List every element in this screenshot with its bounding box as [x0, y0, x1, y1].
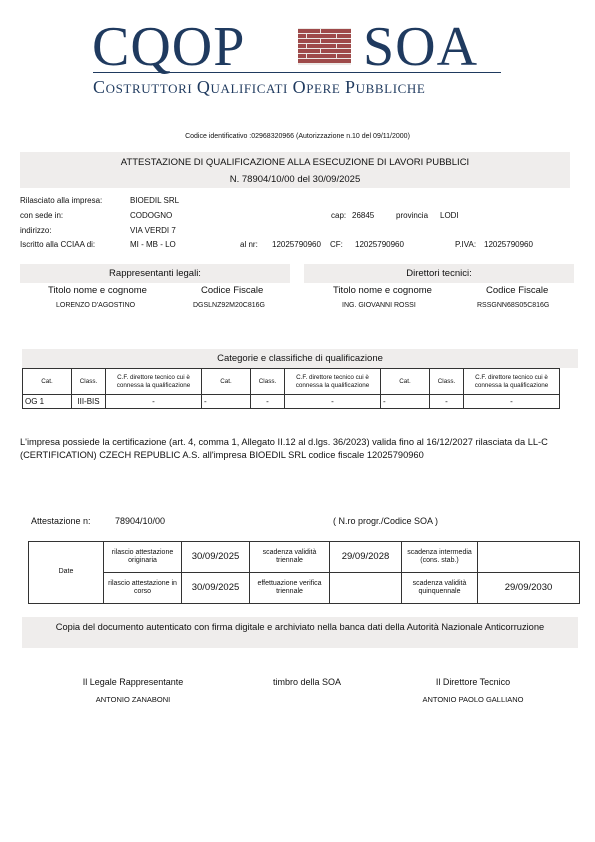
identification-code: Codice identificativo :02968320966 (Auto… [0, 133, 595, 140]
cf-label: CF: [330, 240, 343, 249]
col-class: Class. [72, 369, 106, 395]
legal-rep-signature-name: ANTONIO ZANABONI [43, 695, 223, 704]
original-release-label: rilascio attestazione originaria [104, 542, 182, 573]
legal-rep-name: LORENZO D'AGOSTINO [56, 302, 135, 309]
piva-label: P.IVA: [455, 240, 476, 249]
nr-label: al nr: [240, 240, 258, 249]
director-signature-name: ANTONIO PAOLO GALLIANO [383, 695, 563, 704]
legal-reps-col-cf: Codice Fiscale [201, 285, 263, 296]
col-cat: Cat. [23, 369, 72, 395]
current-release-date: 30/09/2025 [182, 573, 250, 604]
tech-director-cf: RSSGNN68S05C816G [477, 302, 549, 309]
triennial-check-label: effettuazione verifica triennale [250, 573, 330, 604]
issued-to-label: Rilasciato alla impresa: [20, 196, 102, 205]
logo-divider [93, 72, 501, 73]
cell-class: III-BIS [72, 395, 106, 409]
legal-reps-heading: Rappresentanti legali: [20, 264, 290, 283]
attestation-label: Attestazione n: [31, 516, 91, 526]
logo-subtitle: COSTRUTTORI QUALIFICATI OPERE PUBBLICHE [93, 77, 501, 98]
attestation-note: ( N.ro progr./Codice SOA ) [333, 516, 438, 526]
cciaa-label: Iscritto alla CCIAA di: [20, 240, 95, 249]
director-signature-title: Il Direttore Tecnico [383, 677, 563, 687]
company-name: BIOEDIL SRL [130, 196, 179, 205]
logo-text-cqop: CQOP [92, 18, 245, 76]
categories-heading: Categorie e classifiche di qualificazion… [22, 349, 578, 368]
cell-cat: - [381, 395, 430, 409]
attestation-number: 78904/10/00 [115, 516, 165, 526]
tech-director-name: ING. GIOVANNI ROSSI [342, 302, 416, 309]
address-label: indirizzo: [20, 226, 52, 235]
cell-cf-director: - [464, 395, 560, 409]
company-city: CODOGNO [130, 211, 172, 220]
tech-directors-col-name: Titolo nome e cognome [333, 285, 432, 296]
original-release-date: 30/09/2025 [182, 542, 250, 573]
certification-text: L'impresa possiede la certificazione (ar… [20, 436, 580, 462]
legal-rep-cf: DGSLNZ92M20C816G [193, 302, 265, 309]
piva-value: 12025790960 [484, 240, 533, 249]
col-cf-director: C.F. direttore tecnico cui è connessa la… [464, 369, 560, 395]
dates-label: Date [29, 542, 104, 604]
col-class: Class. [430, 369, 464, 395]
dates-row-2: rilascio attestazione in corso 30/09/202… [29, 573, 580, 604]
five-year-expiry-label: scadenza validità quinquennale [402, 573, 478, 604]
table-row: OG 1 III-BIS - - - - - - - [23, 395, 560, 409]
intermediate-expiry-label: scadenza intermedia (cons. stab.) [402, 542, 478, 573]
col-cf-director: C.F. direttore tecnico cui è connessa la… [106, 369, 202, 395]
seat-label: con sede in: [20, 211, 63, 220]
dates-table: Date rilascio attestazione originaria 30… [28, 541, 580, 604]
intermediate-expiry-date [478, 542, 580, 573]
authentication-note: Copia del documento autenticato con firm… [22, 622, 578, 632]
province-value: LODI [440, 211, 459, 220]
col-class: Class. [251, 369, 285, 395]
cell-cf-director: - [285, 395, 381, 409]
brick-wall-icon [298, 28, 351, 65]
soa-stamp-label: timbro della SOA [217, 677, 397, 687]
province-label: provincia [396, 211, 428, 220]
categories-header-row: Cat. Class. C.F. direttore tecnico cui è… [23, 369, 560, 395]
categories-table: Cat. Class. C.F. direttore tecnico cui è… [22, 368, 560, 409]
triennial-expiry-label: scadenza validità triennale [250, 542, 330, 573]
legal-reps-col-name: Titolo nome e cognome [48, 285, 147, 296]
current-release-label: rilascio attestazione in corso [104, 573, 182, 604]
tech-directors-heading: Direttori tecnici: [304, 264, 574, 283]
cell-cat: OG 1 [23, 395, 72, 409]
cell-cat: - [202, 395, 251, 409]
company-address: VIA VERDI 7 [130, 226, 176, 235]
cap-value: 26845 [352, 211, 374, 220]
col-cat: Cat. [381, 369, 430, 395]
five-year-expiry-date: 29/09/2030 [478, 573, 580, 604]
dates-row-1: Date rilascio attestazione originaria 30… [29, 542, 580, 573]
logo-text-soa: SOA [363, 18, 478, 76]
cciaa-value: MI - MB - LO [130, 240, 176, 249]
col-cat: Cat. [202, 369, 251, 395]
cell-class: - [430, 395, 464, 409]
triennial-expiry-date: 29/09/2028 [330, 542, 402, 573]
triennial-check-date [330, 573, 402, 604]
cf-value: 12025790960 [355, 240, 404, 249]
nr-value: 12025790960 [272, 240, 321, 249]
cell-class: - [251, 395, 285, 409]
col-cf-director: C.F. direttore tecnico cui è connessa la… [285, 369, 381, 395]
document-title: ATTESTAZIONE DI QUALIFICAZIONE ALLA ESEC… [20, 157, 570, 168]
document-number: N. 78904/10/00 del 30/09/2025 [20, 174, 570, 185]
legal-rep-signature-title: Il Legale Rappresentante [43, 677, 223, 687]
tech-directors-col-cf: Codice Fiscale [486, 285, 548, 296]
cell-cf-director: - [106, 395, 202, 409]
cap-label: cap: [331, 211, 346, 220]
